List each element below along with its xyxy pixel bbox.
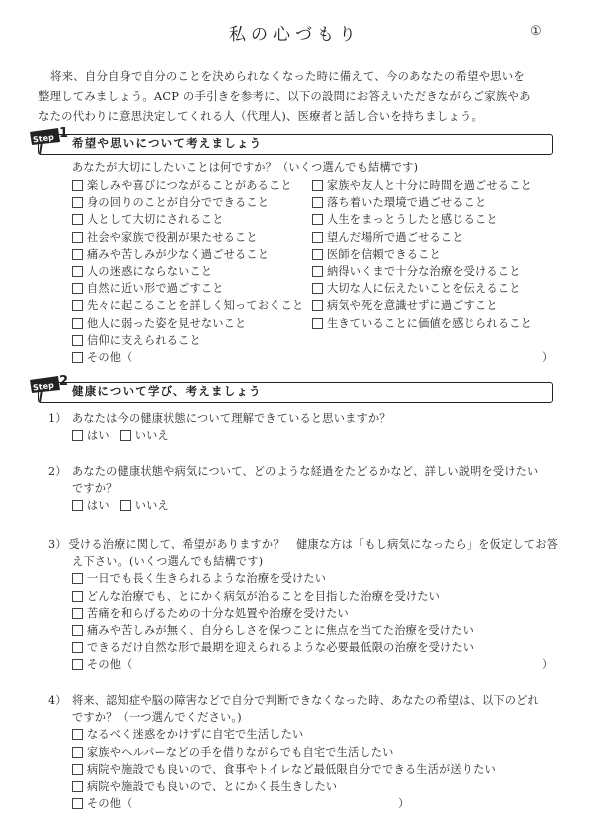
checkbox[interactable] bbox=[72, 608, 83, 619]
checkbox-option[interactable]: 人の迷惑にならないこと bbox=[72, 263, 303, 280]
checkbox-option[interactable]: 他人に弱った姿を見せないこと bbox=[72, 315, 303, 332]
question-number: 2） bbox=[48, 463, 72, 480]
no-option[interactable]: いいえ bbox=[120, 497, 169, 514]
checkbox[interactable] bbox=[72, 625, 83, 636]
checkbox[interactable] bbox=[312, 214, 323, 225]
checkbox[interactable] bbox=[312, 180, 323, 191]
checkbox-option[interactable]: 家族やヘルパーなどの手を借りながらでも自宅で生活したい bbox=[72, 744, 558, 761]
question-1: 1）あなたは今の健康状態について理解できていると思いますか？ はい いいえ bbox=[48, 410, 391, 444]
page-title: 私の心づもり bbox=[0, 20, 590, 45]
checkbox-option[interactable]: 生きていることに価値を感じられること bbox=[312, 315, 532, 332]
question-text-cont: ですか？（一つ選んでください。) bbox=[48, 709, 558, 726]
checkbox[interactable] bbox=[312, 266, 323, 277]
checkbox-option[interactable]: できるだけ自然な形で最期を迎えられるような必要最低限の治療を受けたい bbox=[72, 639, 558, 656]
checkbox[interactable] bbox=[72, 266, 83, 277]
checkbox-option[interactable]: 一日でも長く生きられるような治療を受けたい bbox=[72, 570, 558, 587]
question-text-cont: え下さい。(いくつ選んでも結構です) bbox=[48, 553, 558, 570]
question-number: 4） bbox=[48, 692, 72, 709]
checkbox-option[interactable]: 痛みや苦しみが少なく過ごせること bbox=[72, 246, 303, 263]
checkbox-option[interactable]: 先々に起こることを詳しく知っておくこと bbox=[72, 297, 303, 314]
checkbox-option[interactable]: 家族や友人と十分に時間を過ごせること bbox=[312, 177, 532, 194]
checkbox-option[interactable]: 落ち着いた環境で過ごせること bbox=[312, 194, 532, 211]
question-text: あなたは今の健康状態について理解できていると思いますか？ bbox=[72, 410, 391, 427]
checkbox-option[interactable]: 楽しみや喜びにつながることがあること bbox=[72, 177, 303, 194]
checkbox-option[interactable]: 社会や家族で役割が果たせること bbox=[72, 229, 303, 246]
checkbox-option-other[interactable]: その他（ bbox=[72, 795, 558, 812]
checkbox[interactable] bbox=[120, 430, 131, 441]
step1-signpost-icon: Step 1 bbox=[28, 124, 74, 154]
question-text: 受ける治療に関して、希望がありますか？ 健康な方は「もし病気になったら」を仮定し… bbox=[69, 536, 558, 553]
question-number: 1） bbox=[48, 410, 72, 427]
checkbox-option[interactable]: どんな治療でも、とにかく病気が治ることを目指した治療を受けたい bbox=[72, 588, 558, 605]
checkbox[interactable] bbox=[120, 500, 131, 511]
yes-option[interactable]: はい bbox=[72, 497, 110, 514]
question-number: 3） bbox=[48, 536, 69, 553]
checkbox[interactable] bbox=[312, 283, 323, 294]
checkbox[interactable] bbox=[72, 335, 83, 346]
checkbox[interactable] bbox=[72, 318, 83, 329]
checkbox[interactable] bbox=[72, 591, 83, 602]
checkbox[interactable] bbox=[72, 747, 83, 758]
step2-header: Step 2 健康について学び、考えましょう bbox=[28, 376, 553, 402]
checkbox-option[interactable]: 病院や施設でも良いので、とにかく長生きしたい bbox=[72, 778, 558, 795]
question-text: 将来、認知症や脳の障害などで自分で判断できなくなった時、あなたの希望は、以下のど… bbox=[72, 692, 539, 709]
checkbox-option[interactable]: 人生をまっとうしたと感じること bbox=[312, 211, 532, 228]
checkbox-option[interactable]: 自然に近い形で過ごすこと bbox=[72, 280, 303, 297]
checkbox[interactable] bbox=[72, 232, 83, 243]
checkbox[interactable] bbox=[72, 729, 83, 740]
checkbox[interactable] bbox=[72, 352, 83, 363]
checkbox[interactable] bbox=[72, 214, 83, 225]
checkbox[interactable] bbox=[72, 798, 83, 809]
checkbox-option[interactable]: 望んだ場所で過ごせること bbox=[312, 229, 532, 246]
checkbox[interactable] bbox=[72, 249, 83, 260]
question-text-cont: ですか？ bbox=[48, 480, 538, 497]
checkbox[interactable] bbox=[72, 642, 83, 653]
checkbox[interactable] bbox=[72, 659, 83, 670]
intro-line-3: なたの代わりに意思決定してくれる人（代理人)、医療者と話し合いを持ちましょう。 bbox=[38, 106, 558, 126]
question-4: 4）将来、認知症や脳の障害などで自分で判断できなくなった時、あなたの希望は、以下… bbox=[48, 692, 558, 812]
checkbox-option-other[interactable]: その他（ bbox=[72, 656, 558, 673]
checkbox-option[interactable]: 医師を信頼できること bbox=[312, 246, 532, 263]
checkbox[interactable] bbox=[72, 430, 83, 441]
question-3: 3）受ける治療に関して、希望がありますか？ 健康な方は「もし病気になったら」を仮… bbox=[48, 536, 558, 674]
other-close-paren: ） bbox=[542, 656, 553, 673]
yes-option[interactable]: はい bbox=[72, 427, 110, 444]
step1-header: Step 1 希望や思いについて考えましょう bbox=[28, 128, 553, 154]
step1-options-grid: 楽しみや喜びにつながることがあること 身の回りのことが自分でできること 人として… bbox=[72, 177, 552, 372]
checkbox[interactable] bbox=[72, 180, 83, 191]
intro-line-1: 将来、自分自身で自分のことを決められなくなった時に備えて、今のあなたの希望や思い… bbox=[38, 66, 558, 86]
checkbox-option[interactable]: 信仰に支えられること bbox=[72, 332, 303, 349]
checkbox-option[interactable]: 病院や施設でも良いので、食事やトイレなど最低限自分でできる生活が送りたい bbox=[72, 761, 558, 778]
checkbox[interactable] bbox=[72, 500, 83, 511]
checkbox-option[interactable]: 痛みや苦しみが無く、自分らしさを保つことに焦点を当てた治療を受けたい bbox=[72, 622, 558, 639]
step1-title: 希望や思いについて考えましょう bbox=[72, 135, 262, 151]
question-text: あなたの健康状態や病気について、どのような経過をたどるかなど、詳しい説明を受けた… bbox=[72, 463, 538, 480]
intro-paragraph: 将来、自分自身で自分のことを決められなくなった時に備えて、今のあなたの希望や思い… bbox=[38, 66, 558, 126]
checkbox[interactable] bbox=[312, 318, 323, 329]
checkbox-option[interactable]: なるべく迷惑をかけずに自宅で生活したい bbox=[72, 726, 558, 743]
checkbox[interactable] bbox=[72, 573, 83, 584]
intro-line-2: 整理してみましょう。ACP の手引きを参考に、以下の設問にお答えいただきながらご… bbox=[38, 86, 558, 106]
checkbox-option-other[interactable]: その他（ bbox=[72, 349, 303, 366]
checkbox[interactable] bbox=[72, 197, 83, 208]
checkbox[interactable] bbox=[312, 249, 323, 260]
checkbox[interactable] bbox=[72, 300, 83, 311]
page-number: ① bbox=[530, 24, 542, 39]
other-close-paren: ） bbox=[398, 795, 409, 812]
step2-title: 健康について学び、考えましょう bbox=[72, 383, 262, 399]
other-close-paren: ） bbox=[542, 349, 553, 366]
checkbox[interactable] bbox=[312, 197, 323, 208]
no-option[interactable]: いいえ bbox=[120, 427, 169, 444]
checkbox-option[interactable]: 大切な人に伝えたいことを伝えること bbox=[312, 280, 532, 297]
checkbox-option[interactable]: 納得いくまで十分な治療を受けること bbox=[312, 263, 532, 280]
checkbox-option[interactable]: 苦痛を和らげるための十分な処置や治療を受けたい bbox=[72, 605, 558, 622]
step2-signpost-icon: Step 2 bbox=[28, 372, 74, 402]
checkbox[interactable] bbox=[312, 232, 323, 243]
checkbox[interactable] bbox=[312, 300, 323, 311]
question-2: 2）あなたの健康状態や病気について、どのような経過をたどるかなど、詳しい説明を受… bbox=[48, 463, 538, 515]
checkbox[interactable] bbox=[72, 781, 83, 792]
checkbox[interactable] bbox=[72, 283, 83, 294]
step1-question: あなたが大切にしたいことは何ですか？（いくつ選んでも結構です) bbox=[72, 159, 418, 176]
step1-left-column: 楽しみや喜びにつながることがあること 身の回りのことが自分でできること 人として… bbox=[72, 177, 303, 366]
checkbox[interactable] bbox=[72, 764, 83, 775]
checkbox-option[interactable]: 人として大切にされること bbox=[72, 211, 303, 228]
checkbox-option[interactable]: 病気や死を意識せずに過ごすこと bbox=[312, 297, 532, 314]
svg-text:2: 2 bbox=[59, 374, 68, 389]
step1-right-column: 家族や友人と十分に時間を過ごせること 落ち着いた環境で過ごせること 人生をまっと… bbox=[312, 177, 532, 332]
svg-text:1: 1 bbox=[59, 126, 68, 141]
checkbox-option[interactable]: 身の回りのことが自分でできること bbox=[72, 194, 303, 211]
